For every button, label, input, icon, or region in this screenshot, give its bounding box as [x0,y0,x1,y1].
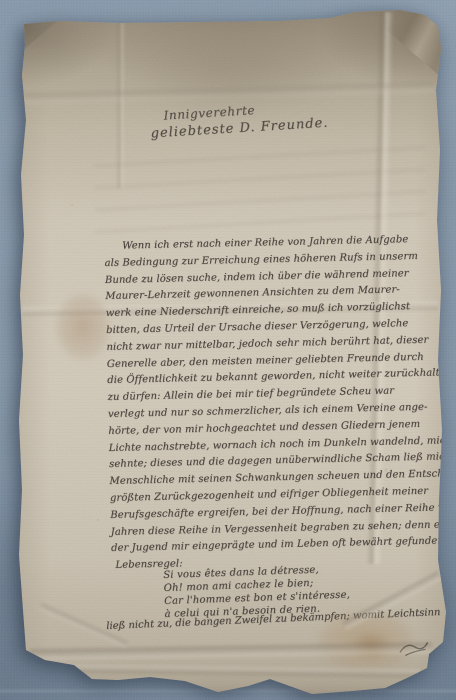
letter-body: Wenn ich erst nach einer Reihe von Jahre… [104,231,456,575]
photo-scene: Innigverehrte geliebteste D. Freunde. We… [0,0,456,700]
letter-paper: Innigverehrte geliebteste D. Freunde. We… [0,0,456,700]
letter-paper-wrap: Innigverehrte geliebteste D. Freunde. We… [0,0,456,700]
ink-showthrough [94,145,426,236]
